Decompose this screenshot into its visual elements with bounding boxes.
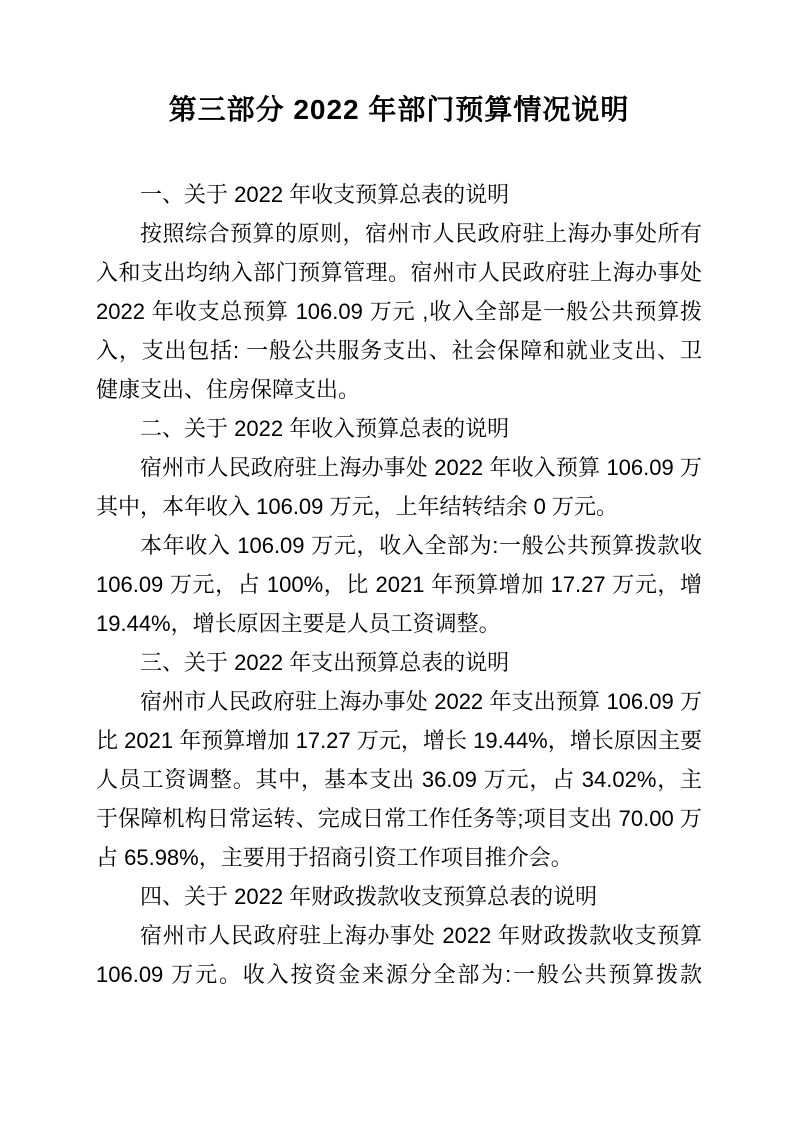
text-line: 2022 年收支总预算 106.09 万元 ,收入全部是一般公共预算拨款收 [96, 292, 702, 331]
text-line: 宿州市人民政府驻上海办事处 2022 年财政拨款收支预算 [96, 916, 702, 955]
text-line: 宿州市人民政府驻上海办事处 2022 年支出预算 106.09 万元， [96, 682, 702, 721]
text-line: 人员工资调整。其中，基本支出 36.09 万元，占 34.02%，主要用 [96, 760, 702, 799]
section-heading: 二、关于 2022 年收入预算总表的说明 [96, 409, 702, 448]
text-line: 占 65.98%，主要用于招商引资工作项目推介会。 [96, 838, 702, 877]
text-line: 比 2021 年预算增加 17.27 万元，增长 19.44%，增长原因主要是 [96, 721, 702, 760]
text-line: 按照综合预算的原则，宿州市人民政府驻上海办事处所有收 [96, 214, 702, 253]
text-line: 宿州市人民政府驻上海办事处 2022 年收入预算 106.09 万元， [96, 448, 702, 487]
section-heading: 一、关于 2022 年收支预算总表的说明 [96, 175, 702, 214]
text-line: 本年收入 106.09 万元，收入全部为:一般公共预算拨款收入 [96, 526, 702, 565]
document-page: 第三部分 2022 年部门预算情况说明 一、关于 2022 年收支预算总表的说明… [0, 0, 793, 1122]
text-line: 于保障机构日常运转、完成日常工作任务等;项目支出 70.00 万元， [96, 799, 702, 838]
text-line: 19.44%，增长原因主要是人员工资调整。 [96, 604, 702, 643]
text-line: 健康支出、住房保障支出。 [96, 370, 702, 409]
section-heading: 四、关于 2022 年财政拨款收支预算总表的说明 [96, 877, 702, 916]
text-line: 入，支出包括: 一般公共服务支出、社会保障和就业支出、卫生 [96, 331, 702, 370]
text-line: 入和支出均纳入部门预算管理。宿州市人民政府驻上海办事处 [96, 253, 702, 292]
section-heading: 三、关于 2022 年支出预算总表的说明 [96, 643, 702, 682]
text-line: 106.09 万元。收入按资金来源分全部为:一般公共预算拨款 106.09 [96, 955, 702, 994]
document-title: 第三部分 2022 年部门预算情况说明 [96, 90, 702, 130]
text-line: 106.09 万元，占 100%，比 2021 年预算增加 17.27 万元，增… [96, 565, 702, 604]
document-body: 一、关于 2022 年收支预算总表的说明按照综合预算的原则，宿州市人民政府驻上海… [96, 175, 702, 994]
text-line: 其中，本年收入 106.09 万元，上年结转结余 0 万元。 [96, 487, 702, 526]
